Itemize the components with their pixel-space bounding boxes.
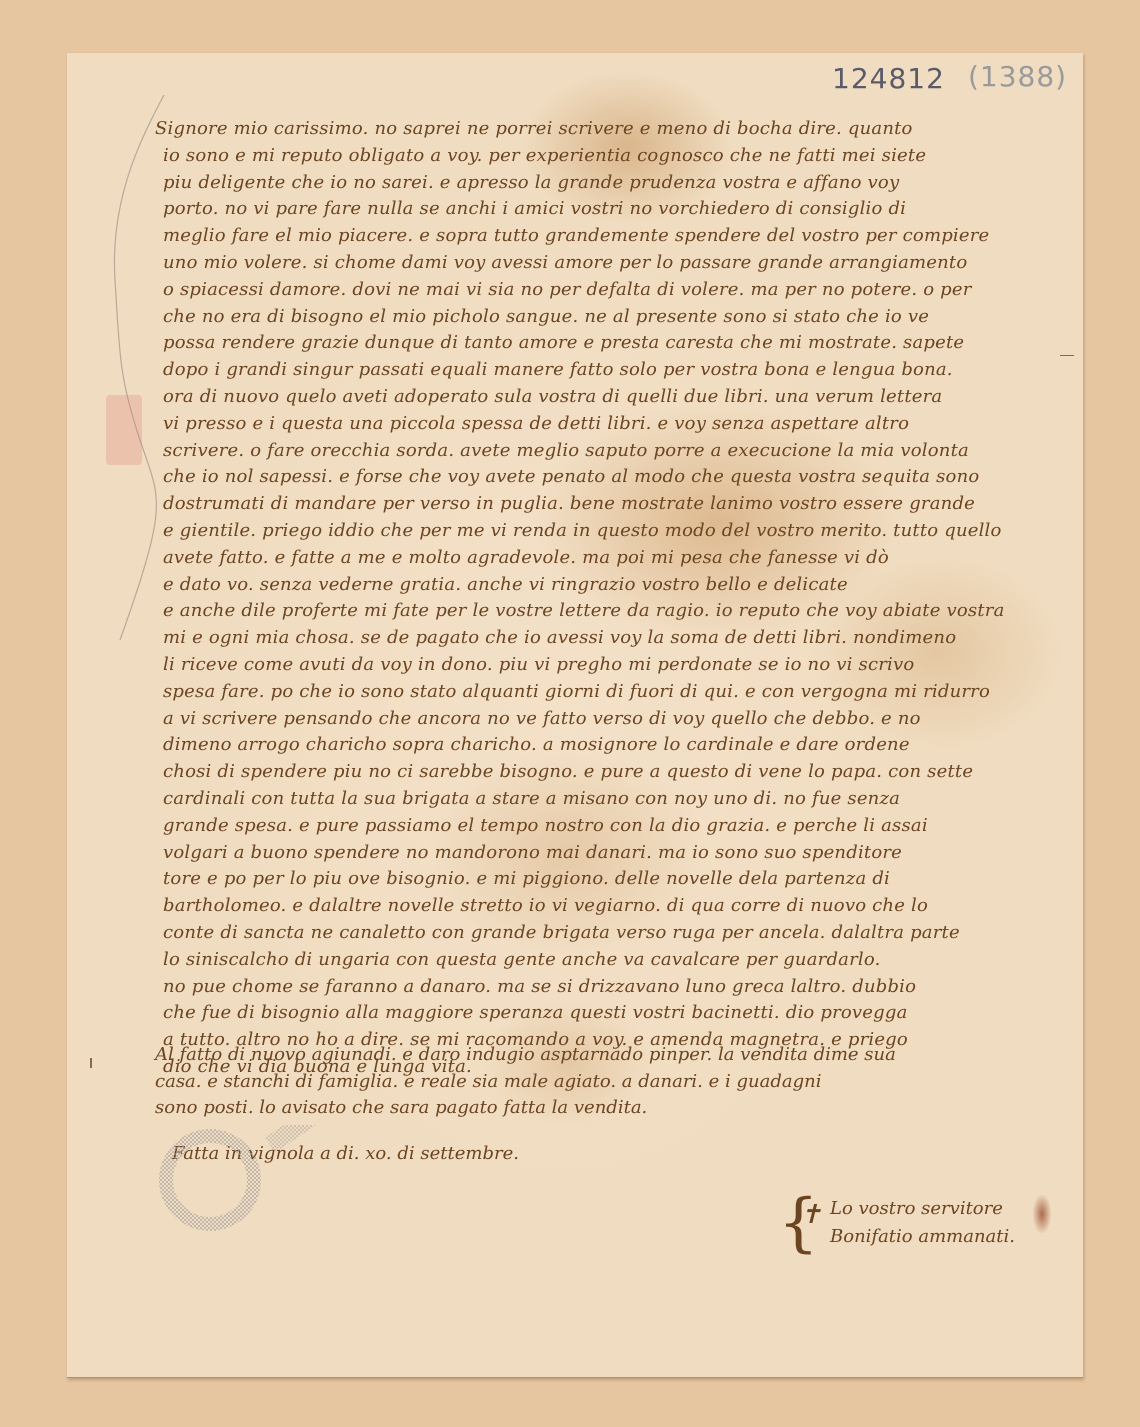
- postscript: Al fatto di nuovo agiunadi. e daro indug…: [155, 1042, 1055, 1122]
- body-line: ora di nuovo quelo aveti adoperato sula …: [155, 384, 1075, 411]
- body-line: avete fatto. e fatte a me e molto agrade…: [155, 545, 1075, 572]
- signature-line: Lo vostro servitore: [790, 1195, 1015, 1223]
- signature-line: Bonifatio ammanati.: [790, 1223, 1015, 1251]
- body-line: io sono e mi reputo obligato a voy. per …: [155, 143, 1075, 170]
- body-line: no pue chome se faranno a danaro. ma se …: [155, 974, 1075, 1001]
- body-line: volgari a buono spendere no mandorono ma…: [155, 840, 1075, 867]
- body-line: scrivere. o fare orecchia sorda. avete m…: [155, 438, 1075, 465]
- body-line: possa rendere grazie dunque di tanto amo…: [155, 330, 1075, 357]
- wax-seal-stain: [1033, 1195, 1051, 1233]
- postscript-line: Al fatto di nuovo agiunadi. e daro indug…: [155, 1042, 1055, 1069]
- body-line: porto. no vi pare fare nulla se anchi i …: [155, 196, 1075, 223]
- body-line: cardinali con tutta la sua brigata a sta…: [155, 786, 1075, 813]
- body-line: e gientile. priego iddio che per me vi r…: [155, 518, 1075, 545]
- body-line: a vi scrivere pensando che ancora no ve …: [155, 706, 1075, 733]
- body-line: spesa fare. po che io sono stato alquant…: [155, 679, 1075, 706]
- body-line: che no era di bisogno el mio picholo san…: [155, 304, 1075, 331]
- archive-year: (1388): [968, 60, 1067, 93]
- body-line: vi presso e i questa una piccola spessa …: [155, 411, 1075, 438]
- body-line: o spiacessi damore. dovi ne mai vi sia n…: [155, 277, 1075, 304]
- body-line: dopo i grandi singur passati equali mane…: [155, 357, 1075, 384]
- body-line: lo siniscalcho di ungaria con questa gen…: [155, 947, 1075, 974]
- body-line: che io nol sapessi. e forse che voy avet…: [155, 464, 1075, 491]
- postscript-line: sono posti. lo avisato che sara pagato f…: [155, 1095, 1055, 1122]
- signature-block: { ✝ Lo vostro servitore Bonifatio ammana…: [790, 1195, 1015, 1251]
- red-pencil-mark: [106, 395, 142, 465]
- body-line: piu deligente che io no sarei. e apresso…: [155, 170, 1075, 197]
- body-line: mi e ogni mia chosa. se de pagato che io…: [155, 625, 1075, 652]
- body-line: dostrumati di mandare per verso in pugli…: [155, 491, 1075, 518]
- dateline: Fatta in vignola a di. xo. di settembre.: [172, 1143, 519, 1164]
- body-line: bartholomeo. e dalaltre novelle stretto …: [155, 893, 1075, 920]
- body-line: tore e po per lo piu ove bisognio. e mi …: [155, 866, 1075, 893]
- body-line: li riceve come avuti da voy in dono. piu…: [155, 652, 1075, 679]
- body-line: che fue di bisognio alla maggiore speran…: [155, 1000, 1075, 1027]
- margin-dash: [1060, 355, 1074, 356]
- body-line: grande spesa. e pure passiamo el tempo n…: [155, 813, 1075, 840]
- body-line: Signore mio carissimo. no saprei ne porr…: [155, 116, 1075, 143]
- postscript-line: casa. e stanchi di famiglia. e reale sia…: [155, 1069, 1055, 1096]
- body-line: e dato vo. senza vederne gratia. anche v…: [155, 572, 1075, 599]
- body-line: chosi di spendere piu no ci sarebbe biso…: [155, 759, 1075, 786]
- letter-body: Signore mio carissimo. no saprei ne porr…: [155, 116, 1075, 1081]
- margin-dash: [90, 1058, 92, 1068]
- archive-number: 124812: [832, 62, 945, 95]
- body-line: dimeno arrogo charicho sopra charicho. a…: [155, 732, 1075, 759]
- body-line: uno mio volere. si chome dami voy avessi…: [155, 250, 1075, 277]
- body-line: meglio fare el mio piacere. e sopra tutt…: [155, 223, 1075, 250]
- cross-mark-icon: ✝: [800, 1201, 822, 1229]
- body-line: conte di sancta ne canaletto con grande …: [155, 920, 1075, 947]
- body-line: e anche dile proferte mi fate per le vos…: [155, 598, 1075, 625]
